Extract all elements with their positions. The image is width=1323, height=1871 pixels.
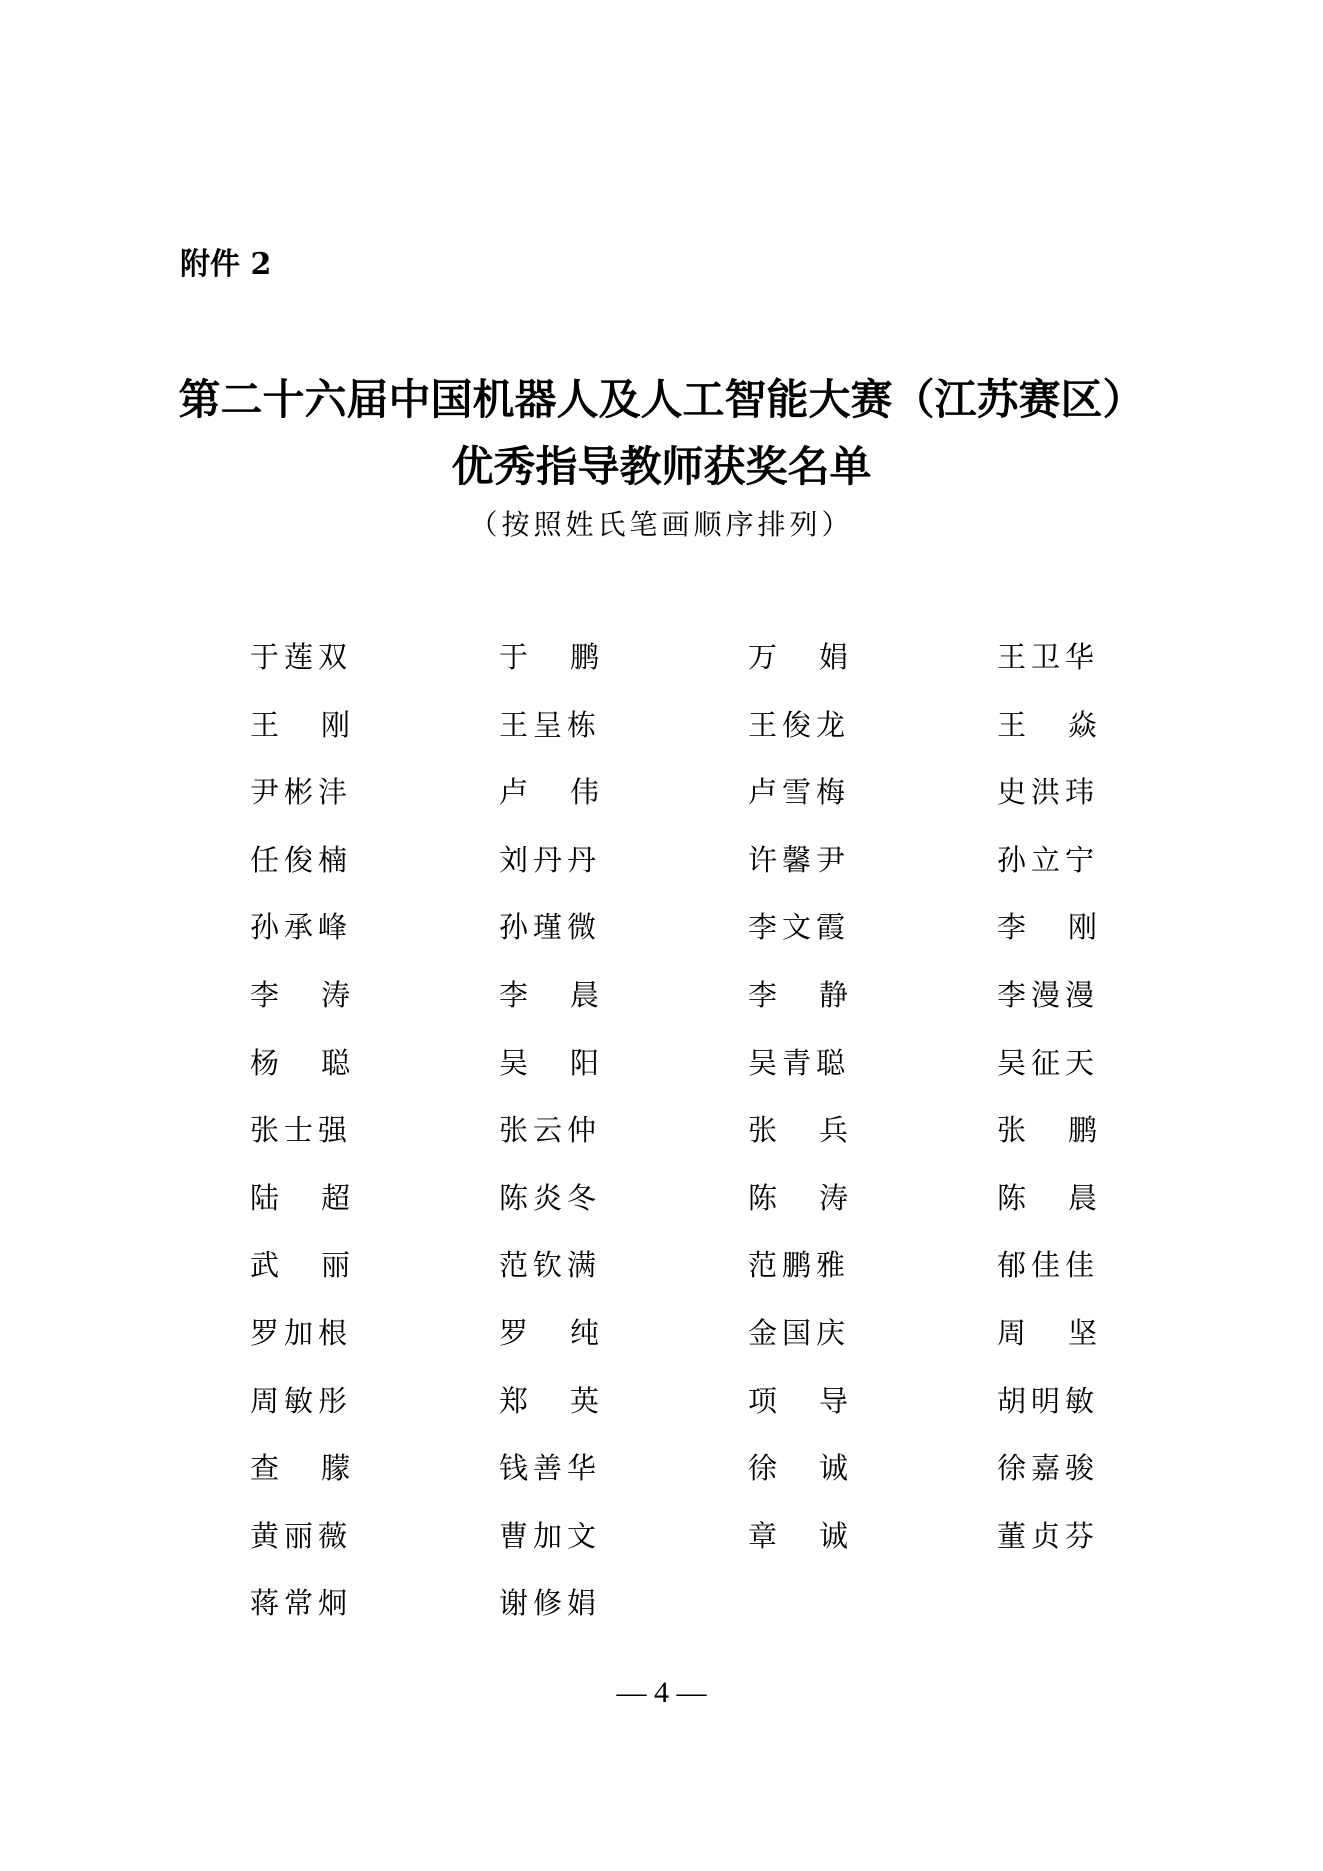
name-entry: 黄丽薇 bbox=[250, 1517, 350, 1585]
name-entry: 刘丹丹 bbox=[499, 841, 599, 909]
name-entry: 范鹏雅 bbox=[748, 1246, 848, 1314]
name-entry: 胡明敏 bbox=[997, 1382, 1097, 1450]
name-entry: 于莲双 bbox=[250, 638, 350, 706]
name-entry: 吴阳 bbox=[499, 1044, 599, 1112]
name-entry: 徐嘉骏 bbox=[997, 1449, 1097, 1517]
name-entry: 史洪玮 bbox=[997, 773, 1097, 841]
name-entry: 张鹏 bbox=[997, 1111, 1097, 1179]
attachment-label: 附件 2 bbox=[180, 246, 271, 284]
name-entry: 于鹏 bbox=[499, 638, 599, 706]
name-entry: 章诚 bbox=[748, 1517, 848, 1585]
name-entry: 钱善华 bbox=[499, 1449, 599, 1517]
name-entry: 任俊楠 bbox=[250, 841, 350, 909]
name-entry: 杨聪 bbox=[250, 1044, 350, 1112]
name-entry: 尹彬沣 bbox=[250, 773, 350, 841]
name-entry: 查朦 bbox=[250, 1449, 350, 1517]
name-entry: 周敏彤 bbox=[250, 1382, 350, 1450]
name-entry: 曹加文 bbox=[499, 1517, 599, 1585]
name-entry: 卢雪梅 bbox=[748, 773, 848, 841]
name-entry: 李静 bbox=[748, 976, 848, 1044]
name-entry: 武丽 bbox=[250, 1246, 350, 1314]
name-entry: 周坚 bbox=[997, 1314, 1097, 1382]
document-title-line1: 第二十六届中国机器人及人工智能大赛（江苏赛区） bbox=[0, 376, 1323, 424]
name-entry: 孙立宁 bbox=[997, 841, 1097, 909]
name-entry: 陈涛 bbox=[748, 1179, 848, 1247]
name-entry: 李刚 bbox=[997, 908, 1097, 976]
name-entry: 王焱 bbox=[997, 706, 1097, 774]
name-entry: 张士强 bbox=[250, 1111, 350, 1179]
name-entry: 李漫漫 bbox=[997, 976, 1097, 1044]
name-entry: 项导 bbox=[748, 1382, 848, 1450]
name-entry: 蒋常炯 bbox=[250, 1584, 350, 1652]
name-entry: 许馨尹 bbox=[748, 841, 848, 909]
name-entry: 李涛 bbox=[250, 976, 350, 1044]
name-entry: 卢伟 bbox=[499, 773, 599, 841]
name-entry: 董贞芬 bbox=[997, 1517, 1097, 1585]
name-entry: 金国庆 bbox=[748, 1314, 848, 1382]
document-subtitle: （按照姓氏笔画顺序排列） bbox=[0, 507, 1323, 543]
name-entry: 孙瑾微 bbox=[499, 908, 599, 976]
name-entry: 郑英 bbox=[499, 1382, 599, 1450]
names-grid: 于莲双于鹏万娟王卫华王刚王呈栋王俊龙王焱尹彬沣卢伟卢雪梅史洪玮任俊楠刘丹丹许馨尹… bbox=[250, 638, 1246, 1652]
name-entry: 张云仲 bbox=[499, 1111, 599, 1179]
name-entry: 王俊龙 bbox=[748, 706, 848, 774]
name-entry: 范钦满 bbox=[499, 1246, 599, 1314]
name-entry: 孙承峰 bbox=[250, 908, 350, 976]
document-title-line2: 优秀指导教师获奖名单 bbox=[0, 443, 1323, 491]
name-entry: 万娟 bbox=[748, 638, 848, 706]
name-entry: 吴征天 bbox=[997, 1044, 1097, 1112]
page-number: — 4 — bbox=[0, 1674, 1323, 1712]
name-entry: 王刚 bbox=[250, 706, 350, 774]
name-entry: 郁佳佳 bbox=[997, 1246, 1097, 1314]
name-entry: 陈晨 bbox=[997, 1179, 1097, 1247]
name-entry: 吴青聪 bbox=[748, 1044, 848, 1112]
name-entry: 罗纯 bbox=[499, 1314, 599, 1382]
name-entry: 李晨 bbox=[499, 976, 599, 1044]
name-entry: 王呈栋 bbox=[499, 706, 599, 774]
name-entry: 陈炎冬 bbox=[499, 1179, 599, 1247]
name-entry: 徐诚 bbox=[748, 1449, 848, 1517]
name-entry: 张兵 bbox=[748, 1111, 848, 1179]
name-entry: 谢修娟 bbox=[499, 1584, 599, 1652]
name-entry: 陆超 bbox=[250, 1179, 350, 1247]
name-entry: 王卫华 bbox=[997, 638, 1097, 706]
name-entry: 李文霞 bbox=[748, 908, 848, 976]
name-entry: 罗加根 bbox=[250, 1314, 350, 1382]
